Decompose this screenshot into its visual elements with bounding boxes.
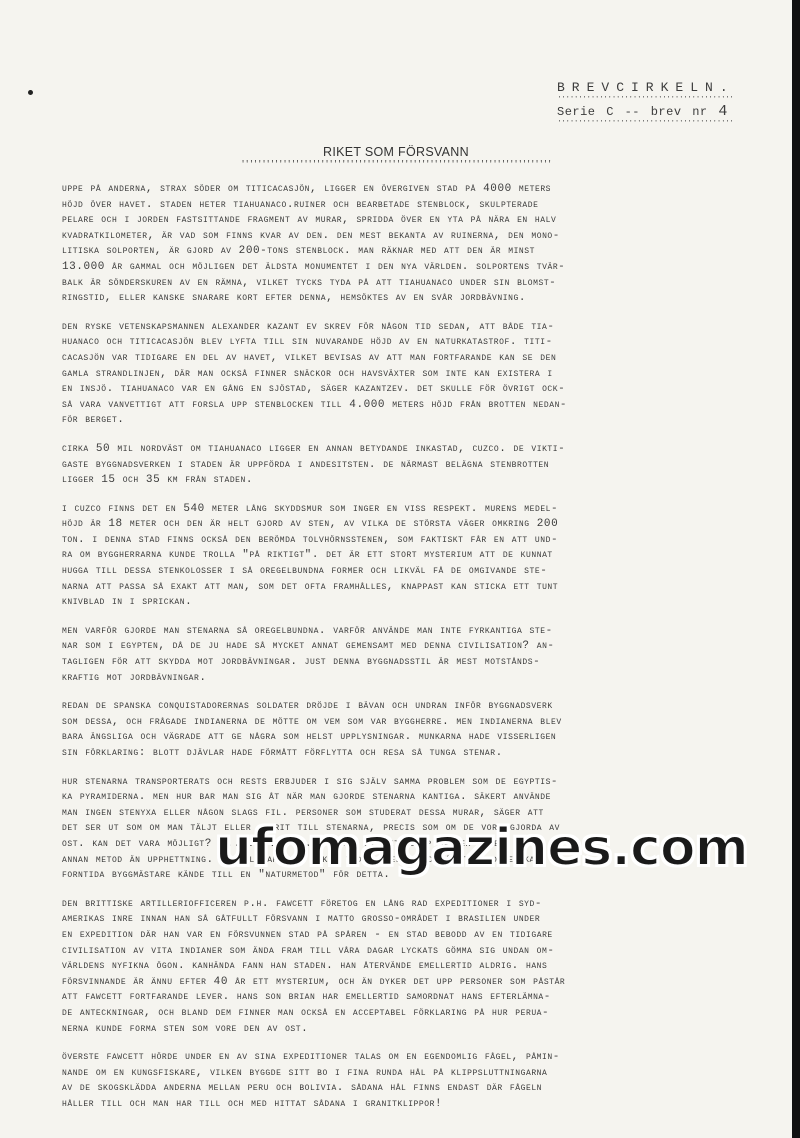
scan-edge bbox=[792, 0, 800, 1138]
paragraph: Den ryske vetenskapsmannen Alexander Kaz… bbox=[62, 320, 762, 429]
text-line: Men varför gjorde man stenarna så oregel… bbox=[62, 624, 762, 640]
text-line: så vara vanvettigt att forsla upp stenbl… bbox=[62, 398, 762, 414]
paragraph: Den brittiske artilleriofficeren P.H. Fa… bbox=[62, 897, 762, 1037]
text-line: Den ryske vetenskapsmannen Alexander Kaz… bbox=[62, 320, 762, 336]
text-line: knivblad in i sprickan. bbox=[62, 595, 762, 611]
text-line: amerikas inre innan han så gåtfullt förs… bbox=[62, 912, 762, 928]
text-line: Cirka 50 mil nordväst om Tiahuanaco ligg… bbox=[62, 442, 762, 458]
text-line: litiska Solporten, är gjord av 200-tons … bbox=[62, 244, 762, 260]
title-underline: ''''''''''''''''''''''''''''''''''''''''… bbox=[0, 161, 792, 169]
paragraph: I Cuzco finns det en 540 meter lång skyd… bbox=[62, 502, 762, 611]
paragraph: Men varför gjorde man stenarna så oregel… bbox=[62, 624, 762, 686]
text-line: höjd är 18 meter och den är helt gjord a… bbox=[62, 517, 762, 533]
text-line: nande om en kungsfiskare, vilken byggde … bbox=[62, 1066, 762, 1082]
text-line: tagligen för att skydda mot jordbävninga… bbox=[62, 655, 762, 671]
page-mark-dot bbox=[28, 90, 33, 95]
text-line: en expedition där han var en försvunnen … bbox=[62, 928, 762, 944]
text-line: de anteckningar, och bland dem finner ma… bbox=[62, 1006, 762, 1022]
paragraph: Uppe på Anderna, strax söder om Titicaca… bbox=[62, 182, 762, 307]
text-line: Den brittiske artilleriofficeren P.H. Fa… bbox=[62, 897, 762, 913]
series-line: Serie C -- brev nr 4 bbox=[557, 104, 747, 120]
masthead-rule-bottom: ''''''''''''''''''''''''''''''''''''''''… bbox=[557, 120, 735, 128]
text-line: ligger 15 och 35 km från staden. bbox=[62, 473, 762, 489]
text-line: huanaco och Titicacasjön blev lyfta till… bbox=[62, 335, 762, 351]
text-line: håller till och man har till och med hit… bbox=[62, 1097, 762, 1113]
text-line: ka pyramiderna. Men hur bar man sig åt n… bbox=[62, 790, 762, 806]
masthead: BREVCIRKELN. '''''''''''''''''''''''''''… bbox=[557, 80, 747, 128]
text-line: civilisation av vita indianer som ända f… bbox=[62, 944, 762, 960]
text-line: kraftig mot jordbävningar. bbox=[62, 671, 762, 687]
text-line: 13.000 år gammal och möjligen det äldsta… bbox=[62, 260, 762, 276]
text-line: ra om byggherrarna kunde trolla "på rikt… bbox=[62, 548, 762, 564]
text-line: försvinnande är ännu efter 40 år ett mys… bbox=[62, 975, 762, 991]
text-line: att Fawcett fortfarande lever. Hans son … bbox=[62, 990, 762, 1006]
text-line: Redan de spanska conquistadorernas solda… bbox=[62, 699, 762, 715]
text-line: cacasjön var tidigare en del av havet, v… bbox=[62, 351, 762, 367]
text-line: nerna kunde forma sten som vore den av o… bbox=[62, 1022, 762, 1038]
text-line: nar som i Egypten, då de ju hade så myck… bbox=[62, 639, 762, 655]
series-label: Serie C -- brev nr bbox=[557, 105, 708, 119]
text-line: gamla strandlinjen, där man också finner… bbox=[62, 367, 762, 383]
paragraph: Cirka 50 mil nordväst om Tiahuanaco ligg… bbox=[62, 442, 762, 489]
text-line: ringstid, eller kanske snarare kort efte… bbox=[62, 291, 762, 307]
text-line: pelare och i jorden fastsittande fragmen… bbox=[62, 213, 762, 229]
article-body: Uppe på Anderna, strax söder om Titicaca… bbox=[62, 182, 762, 1125]
text-line: sin förklaring: blott djävlar hade förmå… bbox=[62, 746, 762, 762]
paragraph: Överste Fawcett hörde under en av sina e… bbox=[62, 1050, 762, 1112]
text-line: Uppe på Anderna, strax söder om Titicaca… bbox=[62, 182, 762, 198]
text-line: kvadratkilometer, är vad som finns kvar … bbox=[62, 229, 762, 245]
text-line: gaste byggnadsverken i staden är uppförd… bbox=[62, 458, 762, 474]
text-line: av de skogsklädda Anderna mellan Peru oc… bbox=[62, 1081, 762, 1097]
letter-page: BREVCIRKELN. '''''''''''''''''''''''''''… bbox=[0, 0, 792, 1138]
text-line: I Cuzco finns det en 540 meter lång skyd… bbox=[62, 502, 762, 518]
text-line: som dessa, och frågade indianerna de möt… bbox=[62, 715, 762, 731]
text-line: världens nyfikna ögon. Kanhända fann han… bbox=[62, 959, 762, 975]
text-line: höjd över havet. Staden heter Tiahuanaco… bbox=[62, 198, 762, 214]
text-line: för berget. bbox=[62, 413, 762, 429]
text-line: narna att passa så exakt att man, som de… bbox=[62, 580, 762, 596]
masthead-rule-top: ''''''''''''''''''''''''''''''''''''''''… bbox=[557, 96, 735, 104]
letter-number: 4 bbox=[718, 103, 728, 120]
paragraph: Redan de spanska conquistadorernas solda… bbox=[62, 699, 762, 761]
text-line: ton. I denna stad finns också den berömd… bbox=[62, 533, 762, 549]
text-line: hugga till dessa stenkolosser i så orege… bbox=[62, 564, 762, 580]
article-heading: RIKET SOM FÖRSVANN '''''''''''''''''''''… bbox=[0, 145, 792, 169]
article-title: RIKET SOM FÖRSVANN bbox=[0, 145, 792, 159]
text-line: en insjö. Tiahuanaco var en gång en sjös… bbox=[62, 382, 762, 398]
text-line: bara ängsliga och vägrade att ge några s… bbox=[62, 730, 762, 746]
newsletter-title: BREVCIRKELN. bbox=[557, 80, 747, 96]
text-line: Hur stenarna transporterats och rests er… bbox=[62, 775, 762, 791]
watermark: ufomagazines.com bbox=[215, 822, 748, 874]
text-line: Överste Fawcett hörde under en av sina e… bbox=[62, 1050, 762, 1066]
text-line: balk är sönderskuren av en rämna, vilket… bbox=[62, 276, 762, 292]
